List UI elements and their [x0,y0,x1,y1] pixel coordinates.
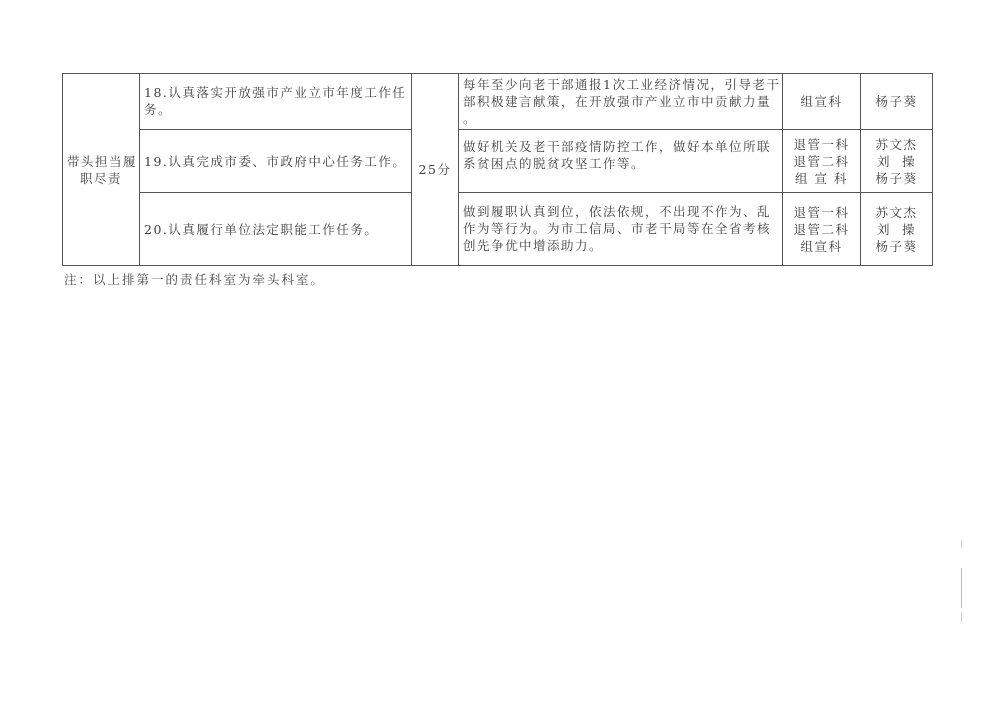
department-line: 退管二科 [787,153,856,170]
scan-artifact [961,540,962,548]
category-cell: 带头担当履 职尽责 [63,74,140,266]
scan-artifact [961,568,962,608]
person-line: 杨子葵 [865,170,928,187]
person-cell: 杨子葵 [861,74,933,130]
department-line: 组宣科 [787,93,856,110]
task-line: 务。 [144,101,407,118]
task-line: 20.认真履行单位法定职能工作任务。 [144,221,407,238]
task-line: 18.认真落实开放强市产业立市年度工作任 [144,84,407,101]
person-line: 杨子葵 [865,93,928,110]
department-cell: 退管一科 退管二科 组宣科 [783,193,861,266]
scan-artifact [961,612,962,622]
measure-cell: 每年至少向老干部通报1次工业经济情况，引导老干 部积极建言献策，在开放强市产业立… [459,74,783,130]
department-cell: 组宣科 [783,74,861,130]
person-line: 苏文杰 [865,136,928,153]
department-cell: 退管一科 退管二科 组 宣 科 [783,130,861,193]
department-line: 退管二科 [787,221,856,238]
person-line: 刘 操 [865,153,928,170]
task-cell: 19.认真完成市委、市政府中心任务工作。 [140,130,412,193]
person-line: 杨子葵 [865,238,928,255]
measure-line: 。 [463,110,778,127]
task-cell: 18.认真落实开放强市产业立市年度工作任 务。 [140,74,412,130]
measure-cell: 做好机关及老干部疫情防控工作，做好本单位所联 系贫困点的脱贫攻坚工作等。 [459,130,783,193]
department-line: 组 宣 科 [787,170,856,187]
person-cell: 苏文杰 刘 操 杨子葵 [861,193,933,266]
task-line: 19.认真完成市委、市政府中心任务工作。 [144,153,407,170]
measure-line: 部积极建言献策，在开放强市产业立市中贡献力量 [463,93,778,110]
category-line: 带头担当履 [67,153,135,170]
measure-line: 做好机关及老干部疫情防控工作，做好本单位所联 [463,138,778,155]
measure-cell: 做到履职认真到位，依法依规，不出现不作为、乱 作为等行为。为市工信局、市老干局等… [459,193,783,266]
person-line: 刘 操 [865,221,928,238]
document-page: 带头担当履 职尽责 18.认真落实开放强市产业立市年度工作任 务。 25分 每年… [0,0,1000,707]
measure-line: 每年至少向老干部通报1次工业经济情况，引导老干 [463,76,778,93]
score-cell: 25分 [412,74,459,266]
footnote: 注：以上排第一的责任科室为牵头科室。 [64,270,325,288]
measure-line: 创先争优中增添助力。 [463,237,778,254]
department-line: 组宣科 [787,238,856,255]
table-row: 带头担当履 职尽责 18.认真落实开放强市产业立市年度工作任 务。 25分 每年… [63,74,933,130]
table-row: 19.认真完成市委、市政府中心任务工作。 做好机关及老干部疫情防控工作，做好本单… [63,130,933,193]
table-row: 20.认真履行单位法定职能工作任务。 做到履职认真到位，依法依规，不出现不作为、… [63,193,933,266]
measure-line: 系贫困点的脱贫攻坚工作等。 [463,155,778,172]
person-cell: 苏文杰 刘 操 杨子葵 [861,130,933,193]
task-cell: 20.认真履行单位法定职能工作任务。 [140,193,412,266]
measure-line: 作为等行为。为市工信局、市老干局等在全省考核 [463,220,778,237]
department-line: 退管一科 [787,136,856,153]
responsibility-table: 带头担当履 职尽责 18.认真落实开放强市产业立市年度工作任 务。 25分 每年… [62,73,933,266]
category-line: 职尽责 [67,170,135,187]
person-line: 苏文杰 [865,204,928,221]
measure-line: 做到履职认真到位，依法依规，不出现不作为、乱 [463,203,778,220]
department-line: 退管一科 [787,204,856,221]
